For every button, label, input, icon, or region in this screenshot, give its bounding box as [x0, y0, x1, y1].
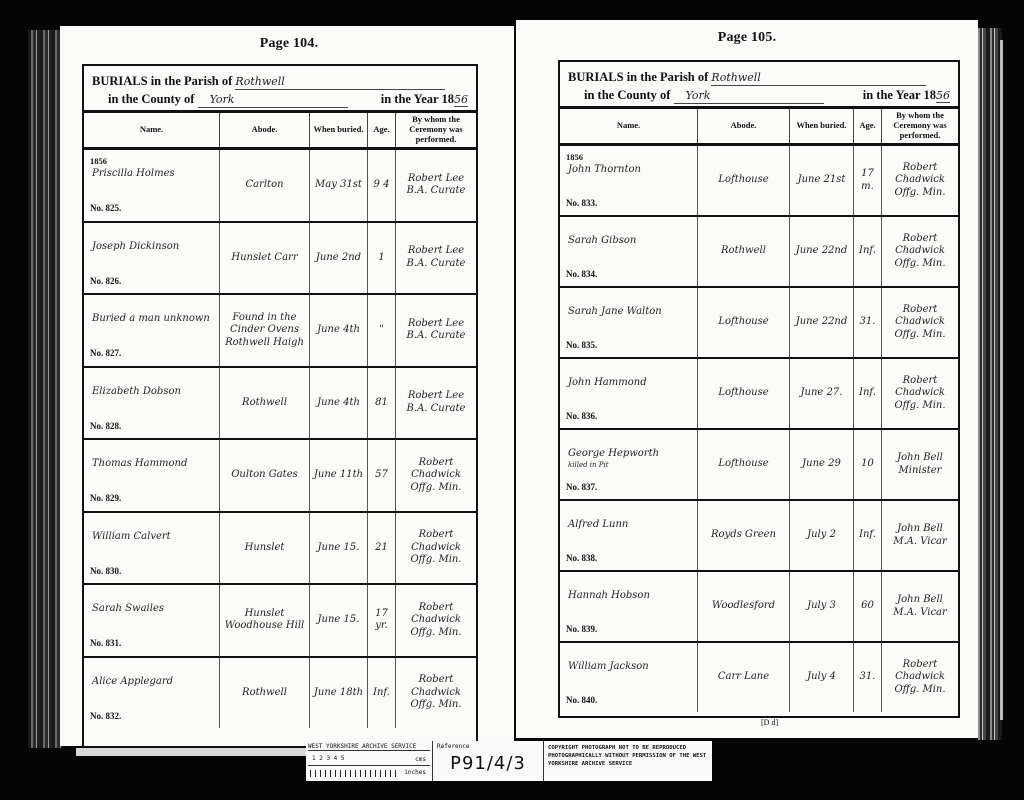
entry-year: 1856: [566, 152, 583, 163]
table-row: Sarah SwailesNo. 831.Hunslet Woodhouse H…: [84, 585, 476, 658]
entry-number: No. 831.: [90, 638, 121, 649]
entry-officiant: Robert Chadwick Offg. Min.: [882, 643, 958, 712]
col-abode: Abode.: [698, 109, 790, 143]
county-label: in the County of: [108, 92, 194, 106]
entry-abode: Hunslet Woodhouse Hill: [220, 585, 310, 656]
entry-abode: Lofthouse: [698, 146, 790, 215]
entry-name: Priscilla Holmes: [92, 168, 175, 181]
table-row: William JacksonNo. 840.Carr LaneJuly 431…: [560, 643, 958, 712]
entry-year: 1856: [90, 156, 107, 167]
col-officiant: By whom the Ceremony was performed.: [396, 113, 476, 147]
entry-age: Inf.: [854, 217, 882, 286]
burial-register-table: BURIALS in the Parish of Rothwell in the…: [558, 60, 960, 718]
entry-officiant: Robert Chadwick Offg. Min.: [882, 359, 958, 428]
entry-when-buried: June 22nd: [790, 217, 854, 286]
table-row: 1856Priscilla HolmesNo. 825.CarltonMay 3…: [84, 150, 476, 223]
entry-name: Sarah Jane Walton: [568, 306, 662, 319]
cm-scale: 1 2 3 4 5 cms: [308, 755, 430, 766]
entry-number: No. 830.: [90, 566, 121, 577]
table-row: William CalvertNo. 830.HunsletJune 15.21…: [84, 513, 476, 586]
entry-officiant: Robert Chadwick Offg. Min.: [396, 440, 476, 511]
entry-when-buried: June 4th: [310, 295, 368, 366]
entry-number: No. 834.: [566, 269, 597, 280]
table-row: Sarah GibsonNo. 834.RothwellJune 22ndInf…: [560, 217, 958, 288]
entry-name-cell: Joseph DickinsonNo. 826.: [84, 223, 220, 294]
book-edge-left: [28, 30, 62, 748]
reference-box: Reference P91/4/3: [433, 741, 544, 781]
entry-when-buried: May 31st: [310, 150, 368, 221]
col-officiant: By whom the Ceremony was performed.: [882, 109, 958, 143]
entry-abode: Carlton: [220, 150, 310, 221]
entry-name: George Hepworth: [568, 448, 659, 461]
scale-ticks: [310, 770, 396, 777]
entry-age: ": [368, 295, 396, 366]
entry-number: No. 837.: [566, 482, 597, 493]
entry-name: Sarah Gibson: [568, 235, 636, 248]
archive-service-name: WEST YORKSHIRE ARCHIVE SERVICE: [308, 743, 430, 751]
entry-name-cell: George Hepworthkilled in PitNo. 837.: [560, 430, 698, 499]
table-row: Elizabeth DobsonNo. 828.RothwellJune 4th…: [84, 368, 476, 441]
book-bottom-edge: [76, 748, 306, 756]
table-row: Buried a man unknownNo. 827.Found in the…: [84, 295, 476, 368]
entry-name-cell: Sarah SwailesNo. 831.: [84, 585, 220, 656]
page-104: Page 104. BURIALS in the Parish of Rothw…: [60, 26, 518, 746]
entry-when-buried: June 4th: [310, 368, 368, 439]
entry-officiant: Robert Lee B.A. Curate: [396, 295, 476, 366]
entry-number: No. 826.: [90, 276, 121, 287]
parish-value: Rothwell: [711, 71, 760, 84]
parish-label: BURIALS in the Parish of: [568, 70, 708, 84]
col-abode: Abode.: [220, 113, 310, 147]
entry-name: Elizabeth Dobson: [92, 386, 181, 399]
book-edge-right: [978, 28, 1002, 740]
entry-abode: Rothwell: [220, 368, 310, 439]
col-age: Age.: [368, 113, 396, 147]
year-label: in the Year 18: [863, 88, 936, 102]
county-value: York: [210, 93, 235, 106]
entry-name: John Hammond: [568, 377, 647, 390]
entry-abode: Lofthouse: [698, 359, 790, 428]
parish-label: BURIALS in the Parish of: [92, 74, 232, 88]
entry-number: No. 833.: [566, 198, 597, 209]
entry-name-cell: William JacksonNo. 840.: [560, 643, 698, 712]
entry-age: 21: [368, 513, 396, 584]
entry-abode: Rothwell: [220, 658, 310, 729]
reference-value: P91/4/3: [433, 753, 543, 774]
entry-name-cell: 1856John ThorntonNo. 833.: [560, 146, 698, 215]
table-row: Joseph DickinsonNo. 826.Hunslet CarrJune…: [84, 223, 476, 296]
entry-name-cell: John HammondNo. 836.: [560, 359, 698, 428]
entry-number: No. 829.: [90, 493, 121, 504]
entry-name: Sarah Swailes: [92, 603, 164, 616]
entry-age: 57: [368, 440, 396, 511]
entry-number: No. 828.: [90, 421, 121, 432]
county-label: in the County of: [584, 88, 670, 102]
entry-name-cell: Alice ApplegardNo. 832.: [84, 658, 220, 729]
book-edge-highlight: [1000, 40, 1003, 720]
entry-age: 10: [854, 430, 882, 499]
entry-age: Inf.: [368, 658, 396, 729]
entry-age: 1: [368, 223, 396, 294]
entry-age: 17 yr.: [368, 585, 396, 656]
entry-officiant: John Bell M.A. Vicar: [882, 501, 958, 570]
register-header: BURIALS in the Parish of Rothwell in the…: [560, 62, 958, 109]
entry-number: No. 827.: [90, 348, 121, 359]
entry-officiant: Robert Chadwick Offg. Min.: [882, 288, 958, 357]
entry-age: Inf.: [854, 359, 882, 428]
entry-age: Inf.: [854, 501, 882, 570]
entry-note: killed in Pit: [568, 461, 609, 470]
entry-when-buried: June 27.: [790, 359, 854, 428]
entry-when-buried: June 11th: [310, 440, 368, 511]
column-headers: Name. Abode. When buried. Age. By whom t…: [84, 113, 476, 150]
entry-name: Alice Applegard: [92, 676, 173, 689]
entry-name: Hannah Hobson: [568, 590, 650, 603]
entry-name: Buried a man unknown: [92, 313, 210, 326]
entry-when-buried: June 29: [790, 430, 854, 499]
entry-number: No. 839.: [566, 624, 597, 635]
entry-abode: Lofthouse: [698, 288, 790, 357]
col-when-buried: When buried.: [310, 113, 368, 147]
entry-age: 60: [854, 572, 882, 641]
page-105: Page 105. BURIALS in the Parish of Rothw…: [516, 20, 978, 738]
entry-age: 31.: [854, 643, 882, 712]
entry-when-buried: June 15.: [310, 513, 368, 584]
table-row: Thomas HammondNo. 829.Oulton GatesJune 1…: [84, 440, 476, 513]
table-row: Sarah Jane WaltonNo. 835.LofthouseJune 2…: [560, 288, 958, 359]
entry-abode: Found in the Cinder Ovens Rothwell Haigh: [220, 295, 310, 366]
entry-when-buried: July 2: [790, 501, 854, 570]
entry-when-buried: July 4: [790, 643, 854, 712]
entry-officiant: Robert Chadwick Offg. Min.: [882, 217, 958, 286]
entry-number: No. 835.: [566, 340, 597, 351]
entry-number: No. 825.: [90, 203, 121, 214]
entry-when-buried: June 2nd: [310, 223, 368, 294]
entry-officiant: Robert Lee B.A. Curate: [396, 150, 476, 221]
table-row: Hannah HobsonNo. 839.WoodlesfordJuly 360…: [560, 572, 958, 643]
parish-value: Rothwell: [235, 75, 284, 88]
entry-name-cell: William CalvertNo. 830.: [84, 513, 220, 584]
burial-register-table: BURIALS in the Parish of Rothwell in the…: [82, 64, 478, 748]
entry-abode: Carr Lane: [698, 643, 790, 712]
entry-number: No. 838.: [566, 553, 597, 564]
year-value: 56: [454, 93, 468, 107]
entry-name-cell: 1856Priscilla HolmesNo. 825.: [84, 150, 220, 221]
col-name: Name.: [84, 113, 220, 147]
signature-mark: [D d]: [761, 718, 778, 727]
entry-when-buried: June 22nd: [790, 288, 854, 357]
col-age: Age.: [854, 109, 882, 143]
entry-name: Alfred Lunn: [568, 519, 628, 532]
entry-abode: Hunslet Carr: [220, 223, 310, 294]
page-title: Page 105.: [516, 30, 978, 46]
year-value: 56: [936, 89, 950, 103]
entry-age: 17 m.: [854, 146, 882, 215]
entry-abode: Royds Green: [698, 501, 790, 570]
entry-name: John Thornton: [568, 164, 641, 177]
entry-age: 31.: [854, 288, 882, 357]
entry-officiant: Robert Chadwick Offg. Min.: [882, 146, 958, 215]
entry-age: 81: [368, 368, 396, 439]
entry-abode: Woodlesford: [698, 572, 790, 641]
entry-name-cell: Buried a man unknownNo. 827.: [84, 295, 220, 366]
copyright-notice: COPYRIGHT PHOTOGRAPH NOT TO BE REPRODUCE…: [544, 741, 712, 781]
entry-name: Thomas Hammond: [92, 458, 187, 471]
entry-name-cell: Thomas HammondNo. 829.: [84, 440, 220, 511]
entry-officiant: John Bell M.A. Vicar: [882, 572, 958, 641]
entry-name-cell: Sarah GibsonNo. 834.: [560, 217, 698, 286]
table-row: John HammondNo. 836.LofthouseJune 27.Inf…: [560, 359, 958, 430]
entry-officiant: Robert Chadwick Offg. Min.: [396, 585, 476, 656]
entry-age: 9 4: [368, 150, 396, 221]
entry-name: William Jackson: [568, 661, 649, 674]
entries-list: 1856Priscilla HolmesNo. 825.CarltonMay 3…: [84, 150, 476, 728]
entry-name: William Calvert: [92, 531, 171, 544]
register-header: BURIALS in the Parish of Rothwell in the…: [84, 66, 476, 113]
entry-officiant: Robert Lee B.A. Curate: [396, 368, 476, 439]
entry-number: No. 836.: [566, 411, 597, 422]
col-when-buried: When buried.: [790, 109, 854, 143]
entries-list: 1856John ThorntonNo. 833.LofthouseJune 2…: [560, 146, 958, 712]
table-row: Alfred LunnNo. 838.Royds GreenJuly 2Inf.…: [560, 501, 958, 572]
entry-abode: Rothwell: [698, 217, 790, 286]
entry-officiant: Robert Chadwick Offg. Min.: [396, 658, 476, 729]
column-headers: Name. Abode. When buried. Age. By whom t…: [560, 109, 958, 146]
table-row: 1856John ThorntonNo. 833.LofthouseJune 2…: [560, 146, 958, 217]
entry-when-buried: July 3: [790, 572, 854, 641]
entry-number: No. 840.: [566, 695, 597, 706]
entry-officiant: Robert Lee B.A. Curate: [396, 223, 476, 294]
table-row: George Hepworthkilled in PitNo. 837.Loft…: [560, 430, 958, 501]
entry-name-cell: Sarah Jane WaltonNo. 835.: [560, 288, 698, 357]
entry-abode: Lofthouse: [698, 430, 790, 499]
year-label: in the Year 18: [381, 92, 454, 106]
entry-number: No. 832.: [90, 711, 121, 722]
entry-when-buried: June 18th: [310, 658, 368, 729]
entry-when-buried: June 21st: [790, 146, 854, 215]
measurement-scale: WEST YORKSHIRE ARCHIVE SERVICE 1 2 3 4 5…: [306, 741, 433, 781]
page-title: Page 104.: [60, 36, 518, 52]
entry-name-cell: Elizabeth DobsonNo. 828.: [84, 368, 220, 439]
county-value: York: [686, 89, 711, 102]
entry-name-cell: Hannah HobsonNo. 839.: [560, 572, 698, 641]
entry-officiant: Robert Chadwick Offg. Min.: [396, 513, 476, 584]
table-row: Alice ApplegardNo. 832.RothwellJune 18th…: [84, 658, 476, 729]
archive-label: WEST YORKSHIRE ARCHIVE SERVICE 1 2 3 4 5…: [306, 741, 712, 781]
entry-name-cell: Alfred LunnNo. 838.: [560, 501, 698, 570]
entry-abode: Hunslet: [220, 513, 310, 584]
entry-abode: Oulton Gates: [220, 440, 310, 511]
col-name: Name.: [560, 109, 698, 143]
inch-scale: inches: [308, 768, 430, 778]
entry-officiant: John Bell Minister: [882, 430, 958, 499]
entry-when-buried: June 15.: [310, 585, 368, 656]
reference-label: Reference: [437, 743, 470, 750]
entry-name: Joseph Dickinson: [92, 241, 179, 254]
